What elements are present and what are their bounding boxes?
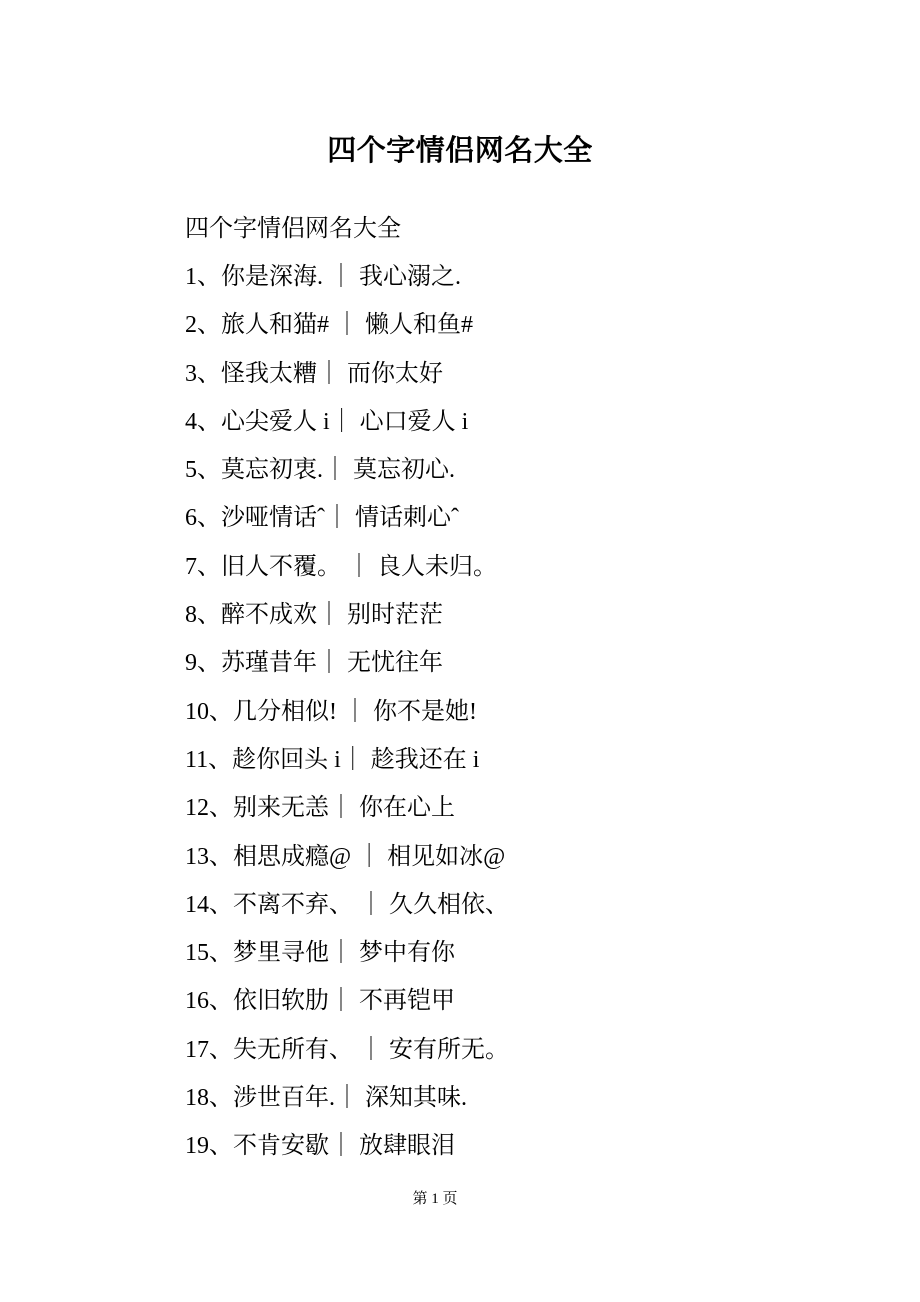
- item-number: 3、: [185, 353, 221, 388]
- item-text: 失无所有、 ｜ 安有所无。: [233, 1029, 509, 1064]
- item-number: 4、: [185, 401, 221, 436]
- item-number: 1、: [185, 256, 221, 291]
- list-item: 18、涉世百年.｜ 深知其味.: [185, 1070, 835, 1118]
- item-text: 旧人不覆。 ｜ 良人未归。: [221, 546, 497, 581]
- page-number-footer: 第 1 页: [185, 1187, 685, 1208]
- item-number: 13、: [185, 836, 233, 871]
- item-text: 依旧软肋｜ 不再铠甲: [233, 980, 455, 1015]
- list-item: 19、不肯安歇｜ 放肆眼泪: [185, 1119, 835, 1167]
- item-text: 趁你回头 i｜ 趁我还在 i: [232, 739, 479, 774]
- list-item: 16、依旧软肋｜ 不再铠甲: [185, 974, 835, 1022]
- item-number: 17、: [185, 1029, 233, 1064]
- item-text: 醉不成欢｜ 别时茫茫: [221, 594, 443, 629]
- item-number: 12、: [185, 787, 233, 822]
- item-text: 别来无恙｜ 你在心上: [233, 787, 455, 822]
- item-number: 5、: [185, 449, 221, 484]
- item-text: 莫忘初衷.｜ 莫忘初心.: [221, 449, 455, 484]
- item-number: 8、: [185, 594, 221, 629]
- list-item: 15、梦里寻他｜ 梦中有你: [185, 925, 835, 973]
- item-text: 相思成瘾@ ｜ 相见如冰@: [233, 836, 505, 871]
- item-number: 6、: [185, 497, 221, 532]
- item-text: 不离不弃、 ｜ 久久相依、: [233, 884, 509, 919]
- item-text: 心尖爱人 i｜ 心口爱人 i: [221, 401, 468, 436]
- item-number: 16、: [185, 980, 233, 1015]
- item-text: 旅人和猫# ｜ 懒人和鱼#: [221, 304, 473, 339]
- list-item: 1、你是深海. ｜ 我心溺之.: [185, 249, 835, 297]
- list-item: 6、沙哑情话ˆ｜ 情话刺心ˆ: [185, 491, 835, 539]
- item-text: 涉世百年.｜ 深知其味.: [233, 1077, 467, 1112]
- item-number: 2、: [185, 304, 221, 339]
- intro-line: 四个字情侣网名大全: [185, 201, 835, 249]
- item-text: 你是深海. ｜ 我心溺之.: [221, 256, 461, 291]
- item-number: 15、: [185, 932, 233, 967]
- list-item: 12、别来无恙｜ 你在心上: [185, 781, 835, 829]
- list-item: 7、旧人不覆。 ｜ 良人未归。: [185, 539, 835, 587]
- item-text: 怪我太糟｜ 而你太好: [221, 353, 443, 388]
- item-text: 不肯安歇｜ 放肆眼泪: [233, 1125, 455, 1160]
- item-number: 7、: [185, 546, 221, 581]
- item-number: 14、: [185, 884, 233, 919]
- item-number: 10、: [185, 691, 233, 726]
- item-number: 9、: [185, 642, 221, 677]
- document-body: 四个字情侣网名大全 1、你是深海. ｜ 我心溺之. 2、旅人和猫# ｜ 懒人和鱼…: [185, 201, 835, 1167]
- list-item: 9、苏瑾昔年｜ 无忧往年: [185, 636, 835, 684]
- intro-text: 四个字情侣网名大全: [185, 208, 401, 243]
- document-page: 四个字情侣网名大全 四个字情侣网名大全 1、你是深海. ｜ 我心溺之. 2、旅人…: [0, 0, 920, 1302]
- item-text: 几分相似! ｜ 你不是她!: [233, 691, 477, 726]
- list-item: 4、心尖爱人 i｜ 心口爱人 i: [185, 394, 835, 442]
- item-number: 19、: [185, 1125, 233, 1160]
- item-number: 11、: [185, 739, 232, 774]
- list-item: 10、几分相似! ｜ 你不是她!: [185, 684, 835, 732]
- item-number: 18、: [185, 1077, 233, 1112]
- list-item: 11、趁你回头 i｜ 趁我还在 i: [185, 732, 835, 780]
- list-item: 2、旅人和猫# ｜ 懒人和鱼#: [185, 298, 835, 346]
- item-text: 苏瑾昔年｜ 无忧往年: [221, 642, 443, 677]
- document-title: 四个字情侣网名大全: [0, 131, 920, 169]
- list-item: 5、莫忘初衷.｜ 莫忘初心.: [185, 442, 835, 490]
- list-item: 14、不离不弃、 ｜ 久久相依、: [185, 877, 835, 925]
- list-item: 13、相思成瘾@ ｜ 相见如冰@: [185, 829, 835, 877]
- list-item: 17、失无所有、 ｜ 安有所无。: [185, 1022, 835, 1070]
- item-text: 梦里寻他｜ 梦中有你: [233, 932, 455, 967]
- list-item: 8、醉不成欢｜ 别时茫茫: [185, 587, 835, 635]
- list-item: 3、怪我太糟｜ 而你太好: [185, 346, 835, 394]
- item-text: 沙哑情话ˆ｜ 情话刺心ˆ: [221, 497, 459, 532]
